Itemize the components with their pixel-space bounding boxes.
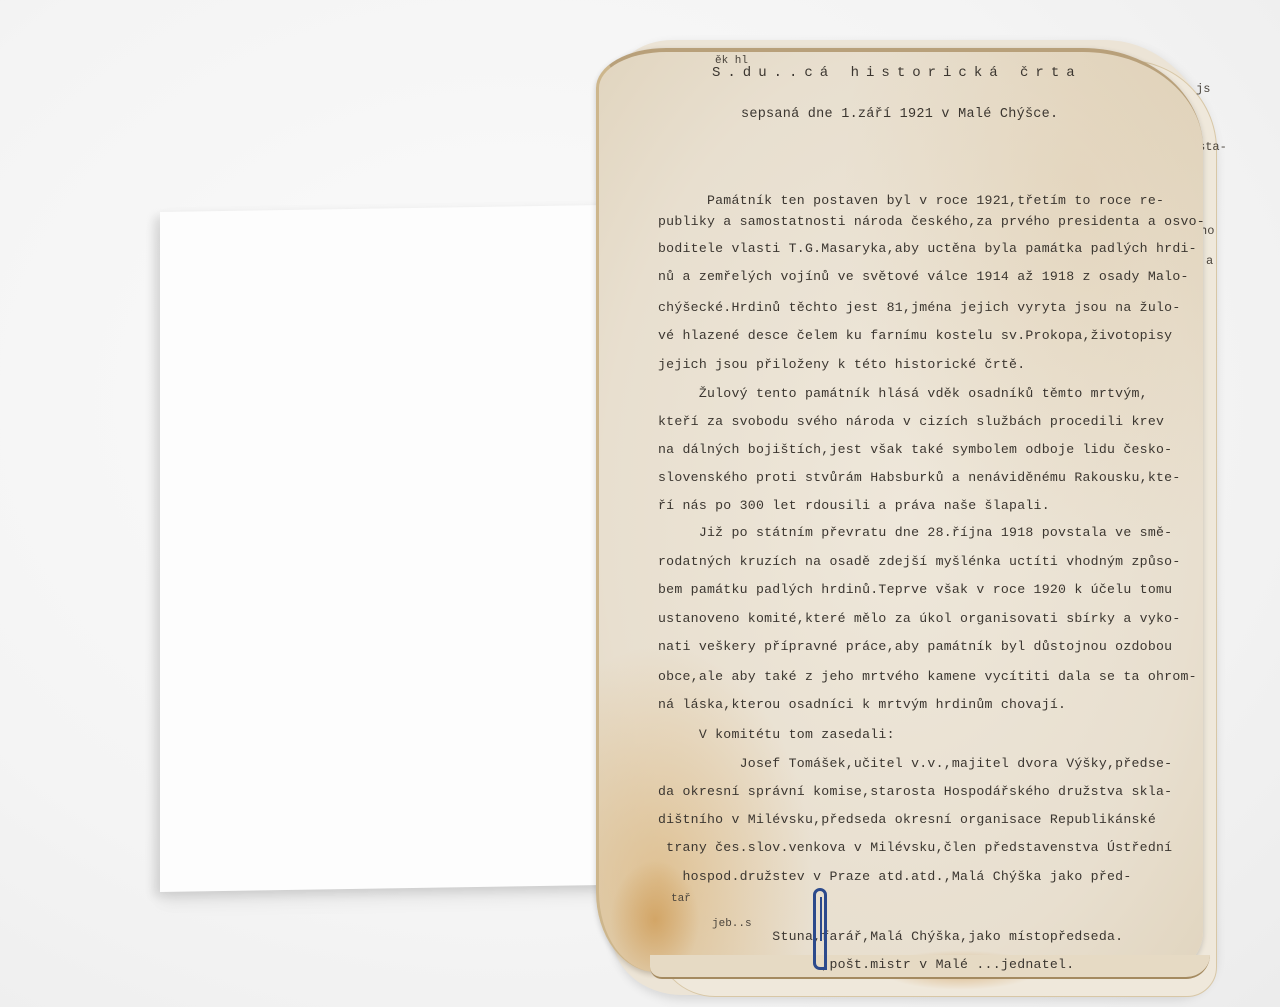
- text-line: ustanoveno komité,které mělo za úkol org…: [658, 612, 1180, 625]
- text-line: da okresní správní komise,starosta Hospo…: [658, 785, 1172, 798]
- torn-fragment-text: jeb..s: [712, 918, 752, 930]
- text-line: Památník ten postaven byl v roce 1921,tř…: [658, 194, 1164, 207]
- text-line: Stuna,farář,Malá Chýška,jako místopředse…: [658, 930, 1123, 943]
- text-line: ,pošt.mistr v Malé ...jednatel.: [658, 958, 1074, 971]
- text-line: bem památku padlých hrdinů.Teprve však v…: [658, 583, 1172, 596]
- document-subtitle: sepsaná dne 1.září 1921 v Malé Chýšce.: [741, 108, 1058, 122]
- text-line: slovenského proti stvůrám Habsburků a ne…: [658, 471, 1180, 484]
- text-line: V komitétu tom zasedali:: [658, 728, 895, 741]
- text-line: nati veškery přípravné práce,aby památní…: [658, 640, 1172, 653]
- text-line: rodatných kruzích na osadě zdejší myšlén…: [658, 555, 1180, 568]
- text-line: nů a zemřelých vojínů ve světové válce 1…: [658, 270, 1189, 283]
- torn-fragment-text: tař: [671, 893, 691, 905]
- text-line: ná láska,kterou osadníci k mrtvým hrdinů…: [658, 698, 1066, 711]
- text-line: obce,ale aby také z jeho mrtvého kamene …: [658, 670, 1197, 683]
- text-line: dištního v Milévsku,předseda okresní org…: [658, 813, 1156, 826]
- text-line: Josef Tomášek,učitel v.v.,majitel dvora …: [658, 757, 1172, 770]
- text-line: na dálných bojištích,jest však také symb…: [658, 443, 1172, 456]
- text-line: boditele vlasti T.G.Masaryka,aby uctěna …: [658, 242, 1197, 255]
- paperclip-inner-wire: [820, 897, 822, 941]
- underlying-page-fragment: js: [1196, 82, 1210, 96]
- text-line: Již po státním převratu dne 28.října 191…: [658, 526, 1172, 539]
- blank-white-card: [160, 204, 660, 892]
- text-line: publiky a samostatnosti národa českého,z…: [658, 215, 1205, 228]
- text-line: chýšecké.Hrdinů těchto jest 81,jména jej…: [658, 301, 1180, 314]
- text-line: Žulový tento památník hlásá vděk osadník…: [658, 387, 1148, 400]
- underlying-page-fragment: a: [1206, 254, 1213, 268]
- text-line: vé hlazené desce čelem ku farnímu kostel…: [658, 329, 1172, 342]
- document-title: S.du..cá historická črta: [712, 66, 1082, 80]
- text-line: ří nás po 300 let rdousili a práva naše …: [658, 499, 1050, 512]
- text-line: hospod.družstev v Praze atd.atd.,Malá Ch…: [658, 870, 1132, 883]
- text-line: kteří za svobodu svého národa v cizích s…: [658, 415, 1164, 428]
- text-line: jejich jsou přiloženy k této historické …: [658, 358, 1025, 371]
- paperclip-icon: [813, 888, 827, 970]
- text-line: trany čes.slov.venkova v Milévsku,člen p…: [658, 841, 1172, 854]
